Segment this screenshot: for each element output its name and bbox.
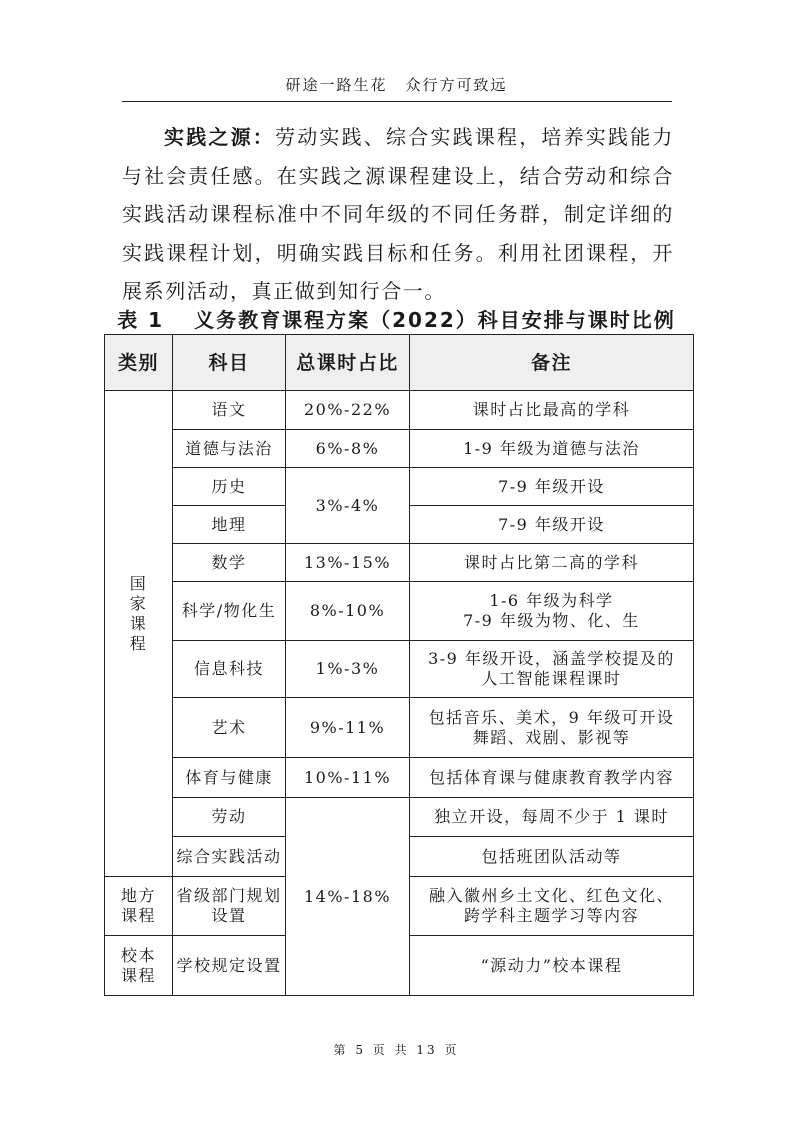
body-paragraph: 实践之源：劳动实践、综合实践课程，培养实践能力与社会责任感。在实践之源课程建设上…	[122, 118, 674, 311]
header-note: 备注	[410, 335, 694, 391]
subject-cell: 劳动	[173, 798, 286, 837]
table-row: 科学/物化生 8%-10% 1-6 年级为科学7-9 年级为物、化、生	[105, 582, 694, 641]
table-row: 历史 3%-4% 7-9 年级开设	[105, 468, 694, 506]
table-caption: 表 1义务教育课程方案（2022）科目安排与课时比例	[0, 304, 793, 333]
note-cell: 1-6 年级为科学7-9 年级为物、化、生	[410, 582, 694, 641]
header-motto-right: 众行方可致远	[406, 76, 508, 94]
note-cell: 7-9 年级开设	[410, 506, 694, 544]
note-cell: 课时占比第二高的学科	[410, 544, 694, 582]
ratio-cell: 9%-11%	[286, 698, 410, 758]
note-cell: 包括体育课与健康教育教学内容	[410, 758, 694, 798]
header-category: 类别	[105, 335, 173, 391]
subject-cell: 学校规定设置	[173, 936, 286, 996]
subject-cell: 科学/物化生	[173, 582, 286, 641]
subject-cell: 道德与法治	[173, 430, 286, 468]
page-footer: 第 5 页 共 13 页	[0, 1041, 793, 1058]
header-motto-left: 研途一路生花	[285, 76, 387, 94]
subject-cell: 数学	[173, 544, 286, 582]
table-row: 劳动 14%-18% 独立开设，每周不少于 1 课时	[105, 798, 694, 837]
curriculum-table: 类别 科目 总课时占比 备注 国家课程 语文 20%-22% 课时占比最高的学科…	[104, 334, 694, 996]
subject-cell: 历史	[173, 468, 286, 506]
note-cell: 包括音乐、美术，9 年级可开设舞蹈、戏剧、影视等	[410, 698, 694, 758]
category-school: 校本课程	[105, 936, 173, 996]
ratio-cell: 6%-8%	[286, 430, 410, 468]
table-row: 数学 13%-15% 课时占比第二高的学科	[105, 544, 694, 582]
table-row: 体育与健康 10%-11% 包括体育课与健康教育教学内容	[105, 758, 694, 798]
header-ratio: 总课时占比	[286, 335, 410, 391]
note-cell: 3-9 年级开设，涵盖学校提及的人工智能课程课时	[410, 641, 694, 698]
note-cell: 独立开设，每周不少于 1 课时	[410, 798, 694, 837]
ratio-cell: 14%-18%	[286, 798, 410, 996]
subject-cell: 艺术	[173, 698, 286, 758]
table-row: 道德与法治 6%-8% 1-9 年级为道德与法治	[105, 430, 694, 468]
category-national: 国家课程	[105, 391, 173, 877]
subject-cell: 语文	[173, 391, 286, 430]
ratio-cell: 8%-10%	[286, 582, 410, 641]
note-cell: 包括班团队活动等	[410, 837, 694, 877]
subject-cell: 信息科技	[173, 641, 286, 698]
subject-cell: 省级部门规划设置	[173, 877, 286, 936]
subject-cell: 地理	[173, 506, 286, 544]
ratio-cell: 10%-11%	[286, 758, 410, 798]
note-cell: 融入徽州乡土文化、红色文化、跨学科主题学习等内容	[410, 877, 694, 936]
subject-cell: 综合实践活动	[173, 837, 286, 877]
running-header: 研途一路生花众行方可致远	[0, 74, 793, 95]
note-cell: 课时占比最高的学科	[410, 391, 694, 430]
ratio-cell: 13%-15%	[286, 544, 410, 582]
table-header-row: 类别 科目 总课时占比 备注	[105, 335, 694, 391]
table-row: 艺术 9%-11% 包括音乐、美术，9 年级可开设舞蹈、戏剧、影视等	[105, 698, 694, 758]
ratio-cell: 3%-4%	[286, 468, 410, 544]
table-row: 国家课程 语文 20%-22% 课时占比最高的学科	[105, 391, 694, 430]
note-cell: “源动力”校本课程	[410, 936, 694, 996]
header-subject: 科目	[173, 335, 286, 391]
header-rule	[122, 101, 672, 102]
subject-cell: 体育与健康	[173, 758, 286, 798]
caption-title: 义务教育课程方案（2022）科目安排与课时比例	[194, 308, 676, 332]
table-row: 信息科技 1%-3% 3-9 年级开设，涵盖学校提及的人工智能课程课时	[105, 641, 694, 698]
category-local: 地方课程	[105, 877, 173, 936]
note-cell: 7-9 年级开设	[410, 468, 694, 506]
caption-label: 表 1	[117, 308, 164, 332]
ratio-cell: 20%-22%	[286, 391, 410, 430]
paragraph-lead: 实践之源：	[164, 125, 275, 149]
note-cell: 1-9 年级为道德与法治	[410, 430, 694, 468]
ratio-cell: 1%-3%	[286, 641, 410, 698]
paragraph-body: 劳动实践、综合实践课程，培养实践能力与社会责任感。在实践之源课程建设上，结合劳动…	[122, 125, 674, 303]
